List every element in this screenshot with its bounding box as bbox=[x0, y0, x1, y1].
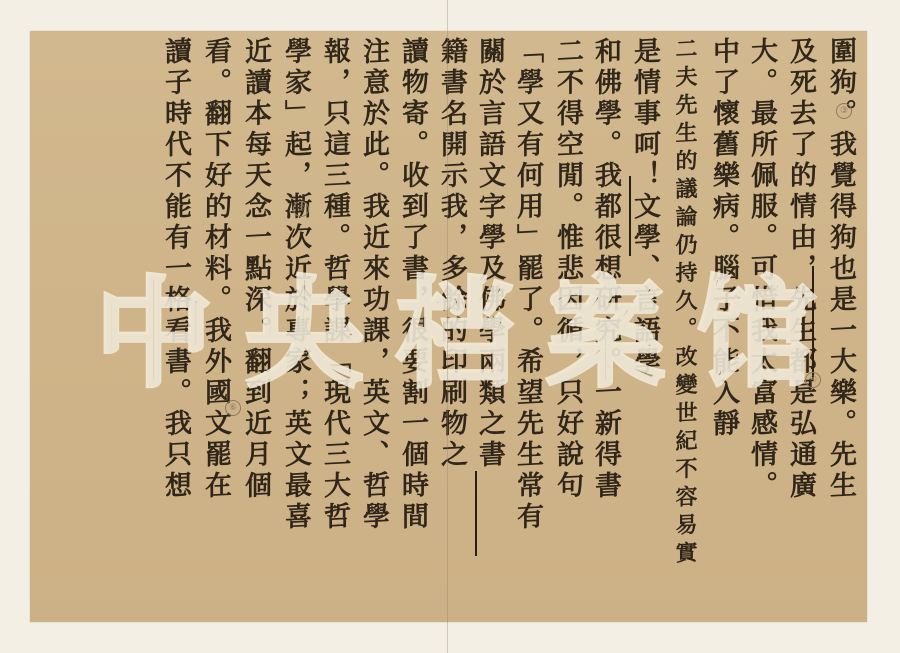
text-column-18: 讀子時代不能有一格看書。我只想 bbox=[162, 36, 189, 502]
text-column-2: 及死去了的情由，先生都是弘通廣 bbox=[787, 36, 814, 502]
text-column-17: 看。翻下好的材料。我外國文罷在 bbox=[202, 36, 229, 502]
text-column-11: 籍書名開示我，多餘的印刷物之 bbox=[438, 36, 465, 471]
text-column-4: 中了懷舊樂病。腦子不能入靜 bbox=[710, 36, 737, 440]
page-marker-6: ⑥ bbox=[225, 400, 241, 416]
page-marker-3: ③ bbox=[836, 103, 852, 119]
text-column-10: 關於言語文字學及佛學兩類之書 bbox=[476, 36, 503, 471]
text-column-12: 讀物寄。收到了書，很要割一個時間 bbox=[399, 36, 426, 533]
ink-stroke-mark bbox=[475, 471, 477, 556]
text-column-8: 二不得空閒。惟悲因循，只好說句 bbox=[554, 36, 581, 502]
text-column-15: 學家」起，漸次近於專家；英文最喜 bbox=[282, 36, 309, 533]
letter-paper: 圍狗。我覺得狗也是一大樂。先生 及死去了的情由，先生都是弘通廣 大。最所佩服。可… bbox=[30, 31, 867, 622]
page-marker-4: ④ bbox=[805, 372, 821, 388]
text-column-9: 「學又有何用」罷了。希望先生常有 bbox=[514, 36, 541, 533]
ink-stroke-mark bbox=[629, 176, 631, 256]
text-column-6: 是情事呵！文學、言語學 bbox=[631, 36, 658, 378]
text-column-14: 報，只這三種。哲學課「現代三大哲 bbox=[321, 36, 348, 533]
text-column-13: 注意於此。我近來功課，英文、哲學 bbox=[360, 36, 387, 533]
page-marker-5: ⑤ bbox=[293, 201, 309, 217]
letter-text-columns: 圍狗。我覺得狗也是一大樂。先生 及死去了的情由，先生都是弘通廣 大。最所佩服。可… bbox=[30, 31, 867, 622]
text-column-7: 和佛學。我都很想研究。一新得書 bbox=[592, 36, 619, 502]
text-column-5: 二夫先生的議論仍持久。改變世紀不容易實 bbox=[674, 36, 696, 569]
text-column-3: 大。最所佩服。可惜我太富感情。 bbox=[748, 36, 775, 502]
page-fold-line bbox=[447, 0, 448, 653]
ink-stroke-mark bbox=[812, 266, 814, 381]
text-column-16: 近讀本每天念一點深。翻到近月個 bbox=[242, 36, 269, 502]
